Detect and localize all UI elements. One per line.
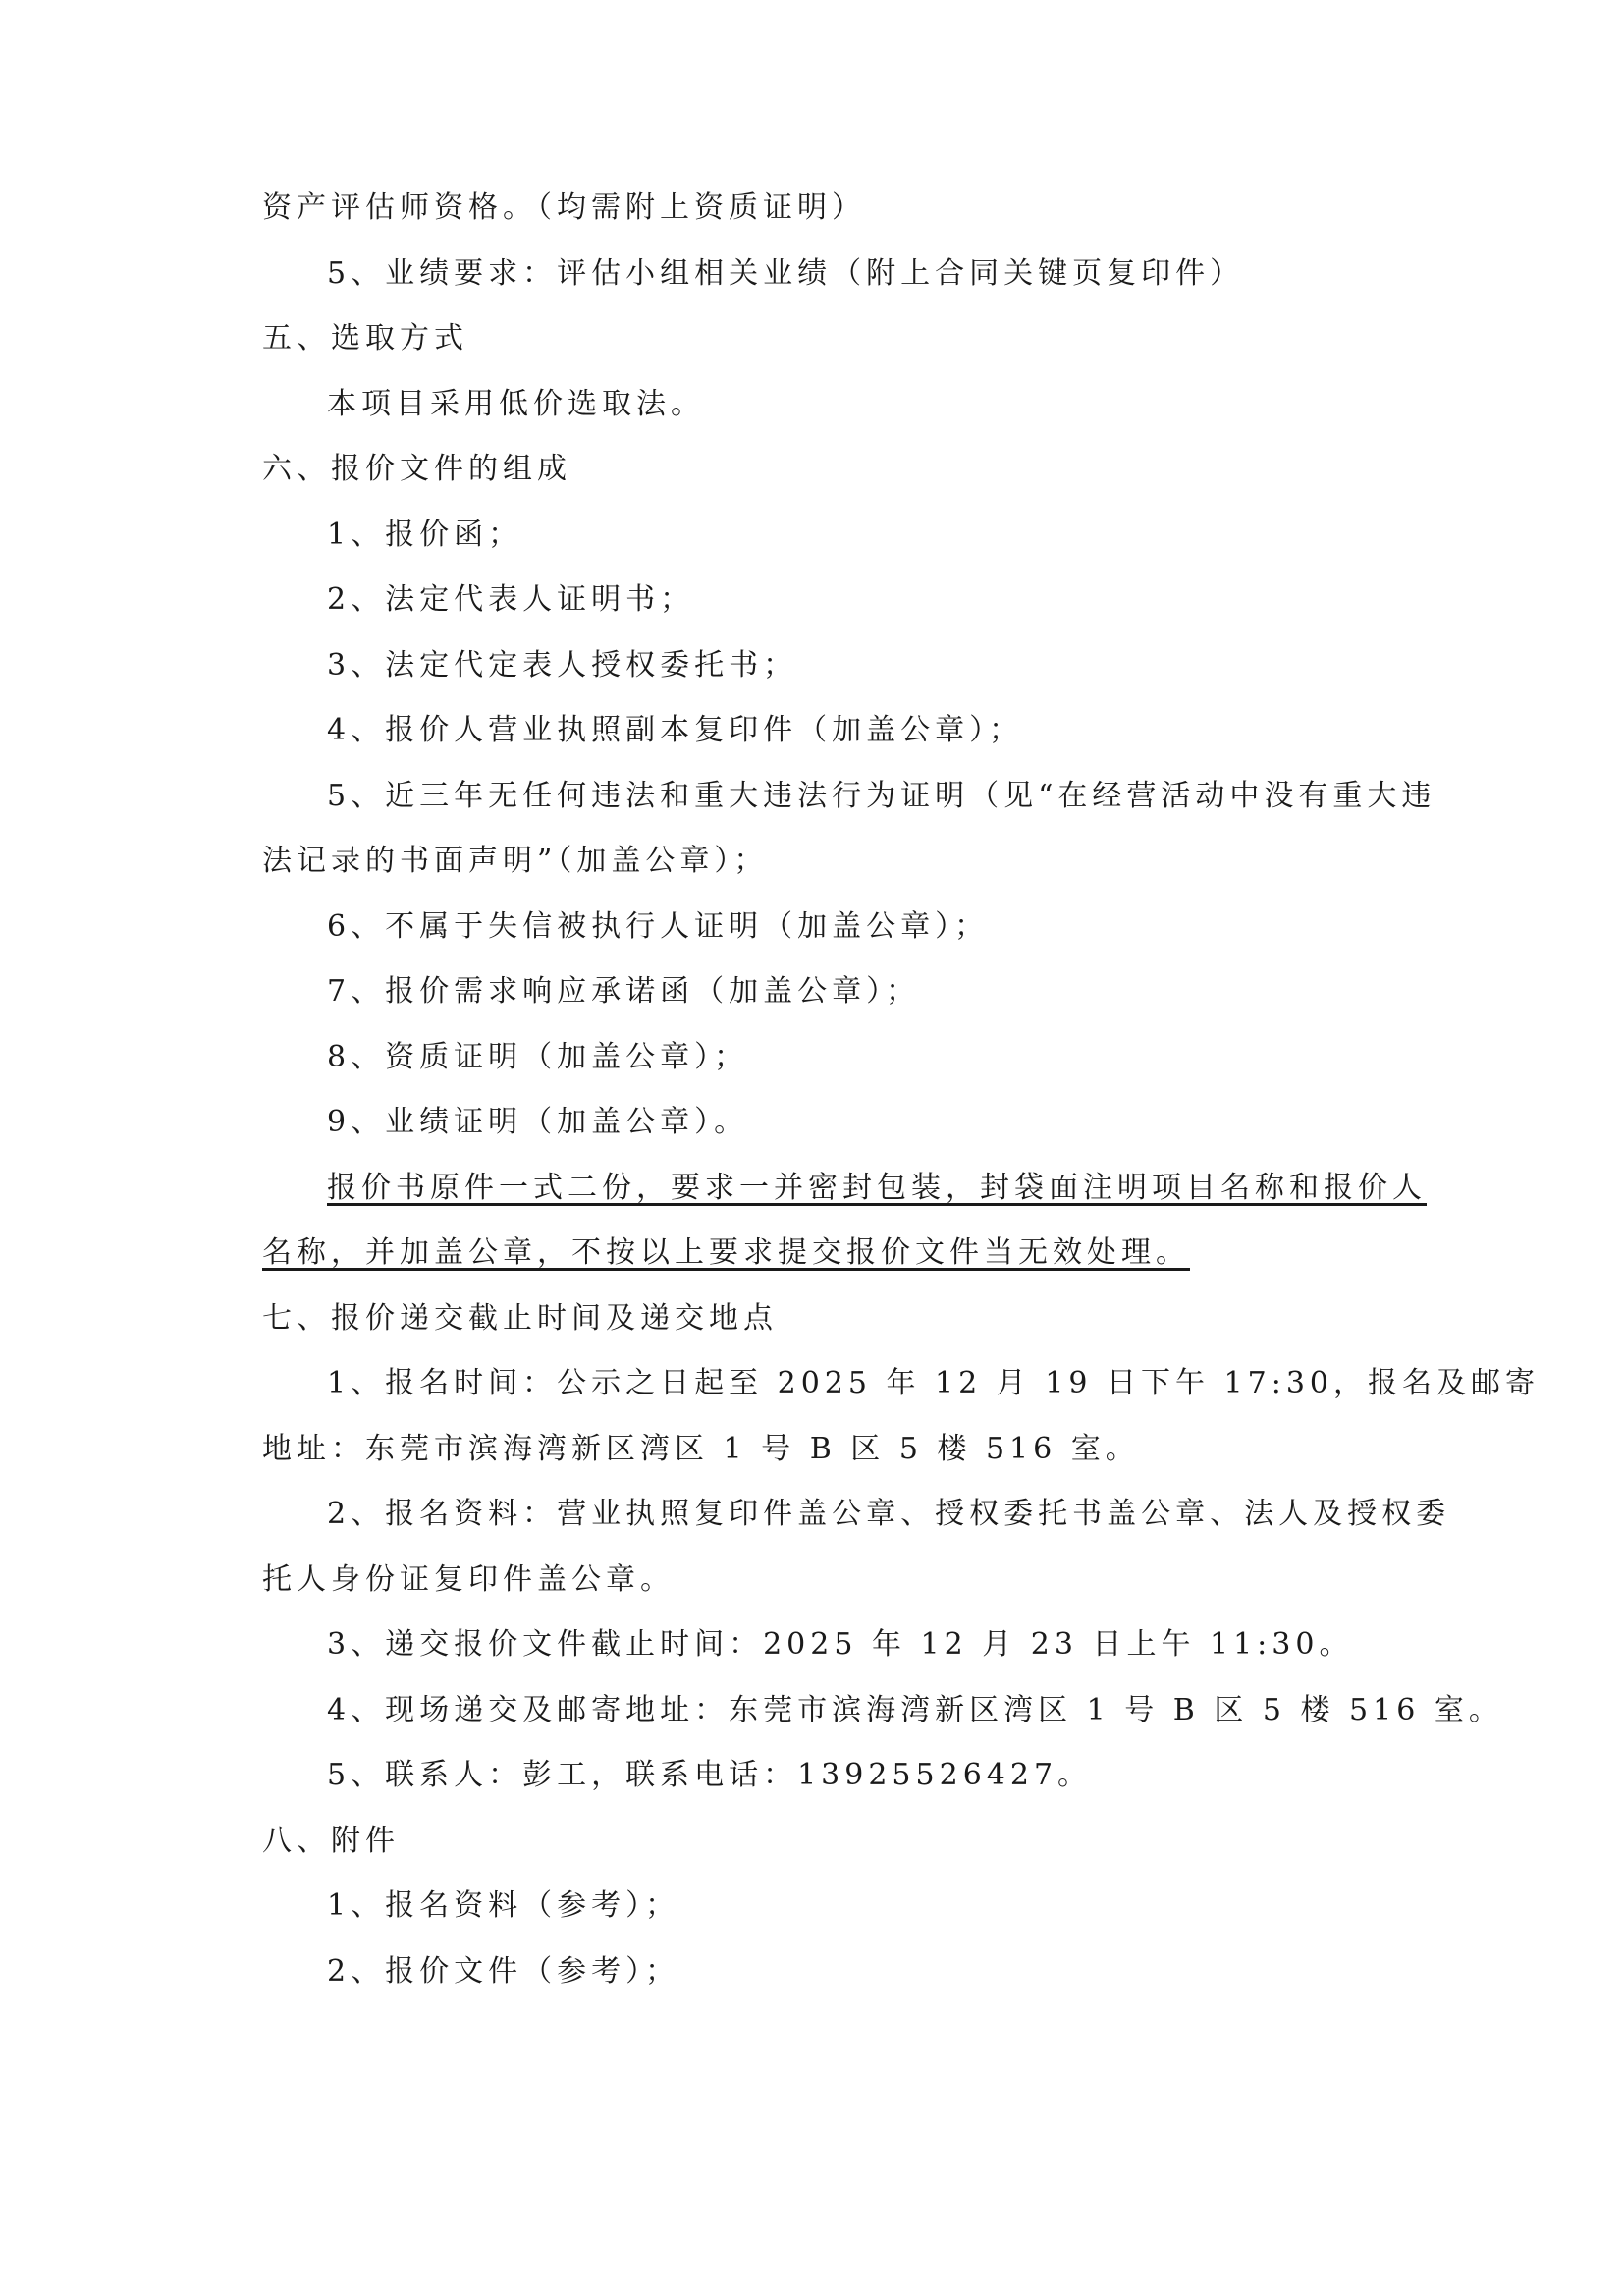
list-item: 2、法定代表人证明书； [327,580,1466,620]
list-item: 3、法定代定表人授权委托书； [327,646,1466,685]
list-item: 6、不属于失信被执行人证明（加盖公章）； [327,907,1466,947]
list-item: 1、报价函； [327,516,1466,555]
list-item-continuation: 地址：东莞市滨海湾新区湾区 1 号 B 区 5 楼 516 室。 [262,1430,1401,1469]
section-heading: 六、报价文件的组成 [262,450,1401,489]
list-item: 5、近三年无任何违法和重大违法行为证明（见“在经营活动中没有重大违 [327,777,1466,816]
section-heading: 五、选取方式 [262,319,1401,358]
text-line: 本项目采用低价选取法。 [327,385,1466,424]
section-heading: 八、附件 [262,1822,1401,1861]
list-item: 3、递交报价文件截止时间：2025 年 12 月 23 日上午 11:30。 [327,1625,1466,1665]
list-item-continuation: 法记录的书面声明”（加盖公章）； [262,842,1401,881]
list-item: 1、报名资料（参考）； [327,1886,1466,1926]
text-line: 资产评估师资格。（均需附上资质证明） [262,189,1401,228]
list-item: 8、资质证明（加盖公章）； [327,1038,1466,1077]
section-heading: 七、报价递交截止时间及递交地点 [262,1299,1401,1339]
list-item: 2、报名资料：营业执照复印件盖公章、授权委托书盖公章、法人及授权委 [327,1495,1466,1534]
list-item: 4、报价人营业执照副本复印件（加盖公章）； [327,711,1466,750]
document-page: 资产评估师资格。（均需附上资质证明） 5、业绩要求：评估小组相关业绩（附上合同关… [0,0,1624,2296]
list-item: 7、报价需求响应承诺函（加盖公章）； [327,972,1466,1011]
list-item: 9、业绩证明（加盖公章）。 [327,1103,1466,1142]
contact-line: 5、联系人：彭工，联系电话：13925526427。 [327,1756,1466,1795]
list-item: 4、现场递交及邮寄地址：东莞市滨海湾新区湾区 1 号 B 区 5 楼 516 室… [327,1691,1466,1730]
text-line: 5、业绩要求：评估小组相关业绩（附上合同关键页复印件） [327,254,1466,294]
underlined-notice-continuation: 名称，并加盖公章，不按以上要求提交报价文件当无效处理。 [262,1233,1401,1273]
underlined-notice: 报价书原件一式二份，要求一并密封包装，封袋面注明项目名称和报价人 [327,1169,1466,1208]
list-item: 1、报名时间：公示之日起至 2025 年 12 月 19 日下午 17:30，报… [327,1364,1466,1403]
list-item-continuation: 托人身份证复印件盖公章。 [262,1560,1401,1600]
list-item: 2、报价文件（参考）； [327,1952,1466,1992]
